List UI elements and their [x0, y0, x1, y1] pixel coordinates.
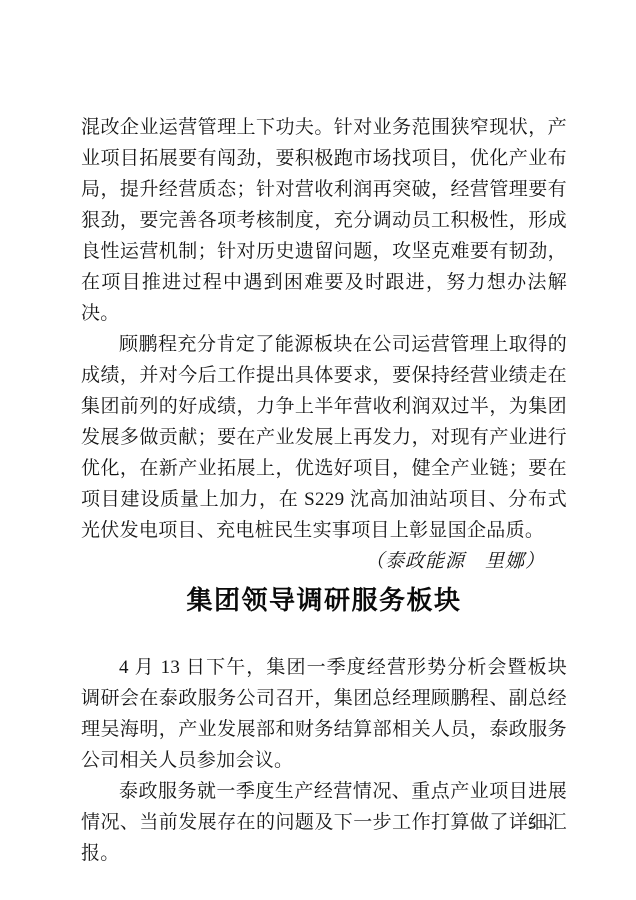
paragraph-gu-pengcheng-requirements: 顾鹏程充分肯定了能源板块在公司运营管理上取得的成绩，并对今后工作提出具体要求，要…	[81, 329, 567, 546]
document-content: 混改企业运营管理上下功夫。针对业务范围狭窄现状，产业项目拓展要有闯劲，要积极跑市…	[81, 112, 567, 869]
page-number: - 5 -	[514, 814, 552, 834]
attribution-line: （泰政能源 里娜）	[81, 546, 567, 577]
paragraph-energy-remarks-continued: 混改企业运营管理上下功夫。针对业务范围狭窄现状，产业项目拓展要有闯劲，要积极跑市…	[81, 112, 567, 329]
section-heading: 集团领导调研服务板块	[81, 586, 567, 616]
paragraph-report-summary: 泰政服务就一季度生产经营情况、重点产业项目进展情况、当前发展存在的问题及下一步工…	[81, 776, 567, 869]
paragraph-meeting-info: 4 月 13 日下午，集团一季度经营形势分析会暨板块调研会在泰政服务公司召开，集…	[81, 652, 567, 776]
document-page: 混改企业运营管理上下功夫。针对业务范围狭窄现状，产业项目拓展要有闯劲，要积极跑市…	[0, 0, 636, 900]
